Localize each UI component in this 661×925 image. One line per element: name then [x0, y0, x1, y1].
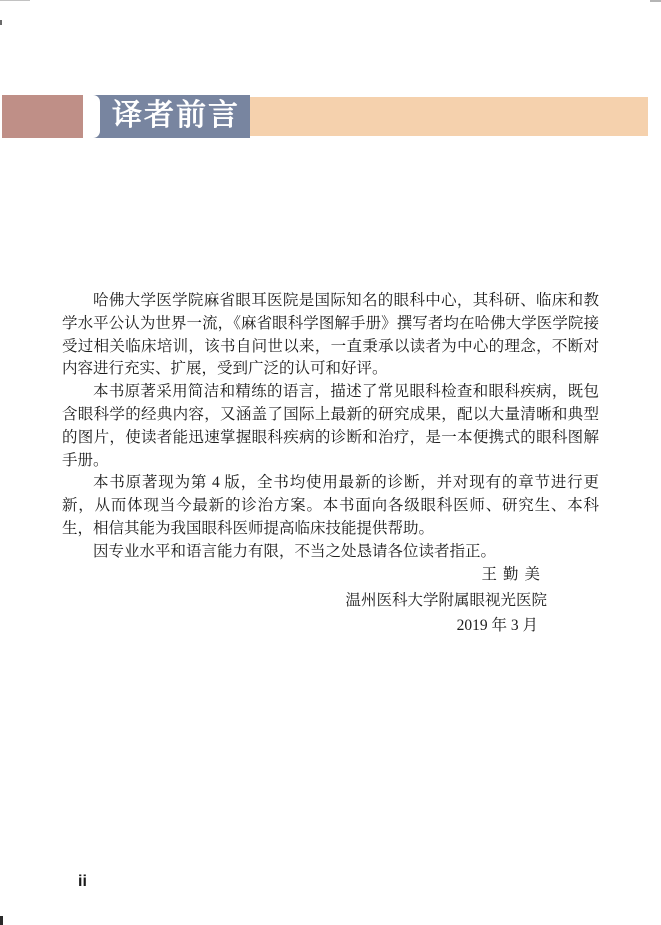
scan-artifact-top-right: [650, 0, 661, 2]
signature-block: 王勤美 温州医科大学附属眼视光医院 2019 年 3 月: [345, 562, 547, 639]
paragraph-3: 本书原著现为第 4 版，全书均使用最新的诊断，并对现有的章节进行更新，从而体现当…: [62, 472, 599, 540]
paragraph-4: 因专业水平和语言能力有限，不当之处恳请各位读者指正。: [62, 541, 599, 564]
signature-date: 2019 年 3 月: [345, 613, 547, 639]
paragraph-2: 本书原著采用简洁和精练的语言，描述了常见眼科检查和眼科疾病，既包含眼科学的经典内…: [62, 381, 599, 472]
banner-left-block: [2, 95, 83, 138]
chapter-title: 译者前言: [112, 95, 240, 138]
translator-name: 王勤美: [345, 562, 547, 588]
banner-decor-strip: [250, 97, 648, 136]
preface-body: 哈佛大学医学院麻省眼耳医院是国际知名的眼科中心，其科研、临床和教学水平公认为世界…: [62, 290, 599, 564]
paragraph-1: 哈佛大学医学院麻省眼耳医院是国际知名的眼科中心，其科研、临床和教学水平公认为世界…: [62, 290, 599, 381]
book-page: 译者前言 哈佛大学医学院麻省眼耳医院是国际知名的眼科中心，其科研、临床和教学水平…: [0, 0, 661, 925]
scan-artifact-top-left: [0, 0, 30, 1]
banner-title-block: 译者前言: [87, 95, 250, 138]
page-number: ii: [78, 873, 87, 891]
scan-artifact-bottom-left: [0, 916, 3, 925]
scan-artifact-left-tick: [0, 20, 2, 25]
translator-affiliation: 温州医科大学附属眼视光医院: [345, 588, 547, 614]
banner-white-notch: [87, 95, 100, 138]
